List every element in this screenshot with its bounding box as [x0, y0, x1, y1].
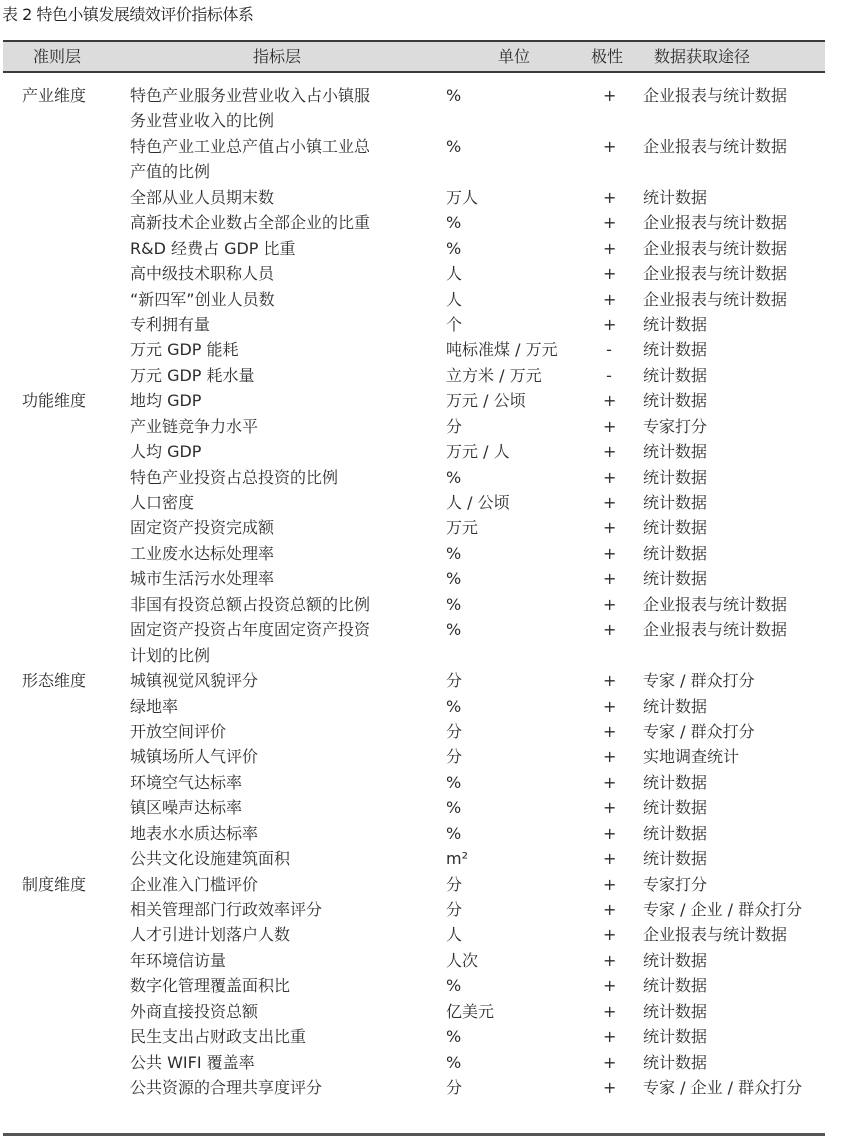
table-header: 准则层 指标层 单位 极性 数据获取途径	[3, 40, 825, 73]
unit-cell: 分	[446, 414, 462, 439]
polarity-cell: +	[603, 592, 615, 617]
table-row: 绿地率%+统计数据	[3, 694, 825, 719]
indicator-line: 城镇场所人气评价	[130, 744, 430, 769]
indicator-line: 地表水水质达标率	[130, 821, 430, 846]
indicator-line: 特色产业工业总产值占小镇工业总	[130, 134, 430, 159]
table-row: 专利拥有量个+统计数据	[3, 312, 825, 337]
polarity-cell: -	[603, 337, 615, 362]
polarity-cell: +	[603, 1050, 615, 1075]
indicator-line: 万元 GDP 耗水量	[130, 363, 430, 388]
source-cell: 统计数据	[643, 770, 707, 795]
indicator-line: 数字化管理覆盖面积比	[130, 973, 430, 998]
source-cell: 统计数据	[643, 541, 707, 566]
unit-cell: %	[446, 795, 461, 820]
indicator-cell: 数字化管理覆盖面积比	[130, 973, 430, 998]
indicator-line: 公共资源的合理共享度评分	[130, 1075, 430, 1100]
header-unit: 单位	[498, 46, 530, 68]
source-cell: 统计数据	[643, 846, 707, 871]
source-cell: 统计数据	[643, 694, 707, 719]
indicator-cell: 高新技术企业数占全部企业的比重	[130, 210, 430, 235]
indicator-line: 人口密度	[130, 490, 430, 515]
indicator-cell: 镇区噪声达标率	[130, 795, 430, 820]
indicator-cell: 人才引进计划落户人数	[130, 922, 430, 947]
table-row: 数字化管理覆盖面积比%+统计数据	[3, 973, 825, 998]
table-row: “新四军”创业人员数人+企业报表与统计数据	[3, 287, 825, 312]
unit-cell: 分	[446, 719, 462, 744]
indicator-cell: 城镇视觉风貌评分	[130, 668, 430, 693]
table-row: 万元 GDP 能耗吨标准煤 / 万元-统计数据	[3, 337, 825, 362]
source-cell: 统计数据	[643, 515, 707, 540]
indicator-line: “新四军”创业人员数	[130, 287, 430, 312]
source-cell: 统计数据	[643, 973, 707, 998]
unit-cell: %	[446, 210, 461, 235]
indicator-cell: 城镇场所人气评价	[130, 744, 430, 769]
indicator-cell: 人均 GDP	[130, 439, 430, 464]
polarity-cell: +	[603, 744, 615, 769]
criterion-cell: 制度维度	[22, 872, 86, 897]
unit-cell: 万元 / 公顷	[446, 388, 526, 413]
source-cell: 统计数据	[643, 388, 707, 413]
polarity-cell: +	[603, 973, 615, 998]
indicator-line: 固定资产投资完成额	[130, 515, 430, 540]
unit-cell: %	[446, 83, 461, 108]
table-row: 公共 WIFI 覆盖率%+统计数据	[3, 1050, 825, 1075]
unit-cell: 个	[446, 312, 462, 337]
unit-cell: 人	[446, 261, 462, 286]
polarity-cell: +	[603, 617, 615, 642]
header-source: 数据获取途径	[654, 46, 750, 68]
source-cell: 企业报表与统计数据	[643, 922, 787, 947]
polarity-cell: +	[603, 770, 615, 795]
indicator-cell: 城市生活污水处理率	[130, 566, 430, 591]
polarity-cell: +	[603, 541, 615, 566]
unit-cell: 分	[446, 744, 462, 769]
indicator-line: 特色产业服务业营业收入占小镇服	[130, 83, 430, 108]
indicator-cell: 工业废水达标处理率	[130, 541, 430, 566]
table-row: 高新技术企业数占全部企业的比重%+企业报表与统计数据	[3, 210, 825, 235]
polarity-cell: +	[603, 490, 615, 515]
indicator-cell: R&D 经费占 GDP 比重	[130, 236, 430, 261]
polarity-cell: +	[603, 388, 615, 413]
unit-cell: 立方米 / 万元	[446, 363, 542, 388]
table-row: 形态维度城镇视觉风貌评分分+专家 / 群众打分	[3, 668, 825, 693]
source-cell: 企业报表与统计数据	[643, 617, 787, 642]
unit-cell: 人	[446, 287, 462, 312]
polarity-cell: +	[603, 83, 615, 108]
source-cell: 专家打分	[643, 872, 707, 897]
unit-cell: %	[446, 134, 461, 159]
source-cell: 统计数据	[643, 821, 707, 846]
polarity-cell: +	[603, 999, 615, 1024]
unit-cell: 吨标准煤 / 万元	[446, 337, 558, 362]
indicator-line: R&D 经费占 GDP 比重	[130, 236, 430, 261]
indicator-line: 绿地率	[130, 694, 430, 719]
indicator-line: 公共 WIFI 覆盖率	[130, 1050, 430, 1075]
unit-cell: %	[446, 973, 461, 998]
unit-cell: 分	[446, 1075, 462, 1100]
polarity-cell: +	[603, 897, 615, 922]
table-row: 镇区噪声达标率%+统计数据	[3, 795, 825, 820]
indicator-line: 民生支出占财政支出比重	[130, 1024, 430, 1049]
indicator-line: 开放空间评价	[130, 719, 430, 744]
table-row: 产业链竞争力水平分+专家打分	[3, 414, 825, 439]
source-cell: 企业报表与统计数据	[643, 261, 787, 286]
indicator-line: 外商直接投资总额	[130, 999, 430, 1024]
polarity-cell: +	[603, 1075, 615, 1100]
unit-cell: %	[446, 1050, 461, 1075]
indicator-line: 产值的比例	[130, 159, 430, 184]
indicator-cell: 人口密度	[130, 490, 430, 515]
unit-cell: m²	[446, 846, 468, 871]
table-row: 固定资产投资占年度固定资产投资计划的比例%+企业报表与统计数据	[3, 617, 825, 668]
table-row: 外商直接投资总额亿美元+统计数据	[3, 999, 825, 1024]
indicator-line: 产业链竞争力水平	[130, 414, 430, 439]
unit-cell: %	[446, 821, 461, 846]
unit-cell: 亿美元	[446, 999, 494, 1024]
indicator-line: 工业废水达标处理率	[130, 541, 430, 566]
unit-cell: %	[446, 465, 461, 490]
unit-cell: %	[446, 592, 461, 617]
indicator-cell: 公共文化设施建筑面积	[130, 846, 430, 871]
unit-cell: %	[446, 566, 461, 591]
polarity-cell: +	[603, 185, 615, 210]
polarity-cell: +	[603, 210, 615, 235]
source-cell: 统计数据	[643, 337, 707, 362]
indicator-cell: 开放空间评价	[130, 719, 430, 744]
indicator-line: 公共文化设施建筑面积	[130, 846, 430, 871]
indicator-cell: 固定资产投资完成额	[130, 515, 430, 540]
table-row: 相关管理部门行政效率评分分+专家 / 企业 / 群众打分	[3, 897, 825, 922]
indicator-line: 人均 GDP	[130, 439, 430, 464]
indicator-cell: 相关管理部门行政效率评分	[130, 897, 430, 922]
indicator-line: 全部从业人员期末数	[130, 185, 430, 210]
polarity-cell: +	[603, 872, 615, 897]
table-row: R&D 经费占 GDP 比重%+企业报表与统计数据	[3, 236, 825, 261]
indicator-line: 固定资产投资占年度固定资产投资	[130, 617, 430, 642]
polarity-cell: +	[603, 287, 615, 312]
source-cell: 企业报表与统计数据	[643, 236, 787, 261]
table-row: 工业废水达标处理率%+统计数据	[3, 541, 825, 566]
unit-cell: 万元 / 人	[446, 439, 510, 464]
source-cell: 统计数据	[643, 999, 707, 1024]
unit-cell: 万人	[446, 185, 478, 210]
indicator-cell: 特色产业服务业营业收入占小镇服务业营业收入的比例	[130, 83, 430, 134]
table-row: 特色产业投资占总投资的比例%+统计数据	[3, 465, 825, 490]
source-cell: 统计数据	[643, 1024, 707, 1049]
indicator-cell: 高中级技术职称人员	[130, 261, 430, 286]
source-cell: 企业报表与统计数据	[643, 287, 787, 312]
unit-cell: 人次	[446, 948, 478, 973]
header-polarity: 极性	[591, 46, 623, 68]
indicator-cell: 环境空气达标率	[130, 770, 430, 795]
table-row: 功能维度地均 GDP万元 / 公顷+统计数据	[3, 388, 825, 413]
table-caption: 表 2 特色小镇发展绩效评价指标体系	[2, 4, 253, 26]
polarity-cell: +	[603, 694, 615, 719]
polarity-cell: +	[603, 668, 615, 693]
source-cell: 统计数据	[643, 439, 707, 464]
source-cell: 统计数据	[643, 490, 707, 515]
indicator-line: 计划的比例	[130, 643, 430, 668]
indicator-line: 相关管理部门行政效率评分	[130, 897, 430, 922]
indicator-cell: 全部从业人员期末数	[130, 185, 430, 210]
polarity-cell: +	[603, 134, 615, 159]
indicator-cell: 地均 GDP	[130, 388, 430, 413]
table-row: 城镇场所人气评价分+实地调查统计	[3, 744, 825, 769]
unit-cell: %	[446, 236, 461, 261]
source-cell: 企业报表与统计数据	[643, 83, 787, 108]
header-indicator: 指标层	[253, 46, 301, 68]
polarity-cell: +	[603, 439, 615, 464]
indicator-table: 准则层 指标层 单位 极性 数据获取途径 产业维度特色产业服务业营业收入占小镇服…	[3, 40, 825, 1101]
source-cell: 统计数据	[643, 465, 707, 490]
unit-cell: 分	[446, 897, 462, 922]
unit-cell: 万元	[446, 515, 478, 540]
indicator-line: 万元 GDP 能耗	[130, 337, 430, 362]
indicator-line: 非国有投资总额占投资总额的比例	[130, 592, 430, 617]
indicator-line: 企业准入门槛评价	[130, 872, 430, 897]
indicator-cell: 特色产业投资占总投资的比例	[130, 465, 430, 490]
unit-cell: 分	[446, 668, 462, 693]
criterion-cell: 形态维度	[22, 668, 86, 693]
unit-cell: 人	[446, 922, 462, 947]
polarity-cell: +	[603, 414, 615, 439]
indicator-cell: 产业链竞争力水平	[130, 414, 430, 439]
indicator-line: 年环境信访量	[130, 948, 430, 973]
source-cell: 专家打分	[643, 414, 707, 439]
table-row: 人口密度人 / 公顷+统计数据	[3, 490, 825, 515]
unit-cell: %	[446, 541, 461, 566]
polarity-cell: +	[603, 1024, 615, 1049]
table-row: 产业维度特色产业服务业营业收入占小镇服务业营业收入的比例%+企业报表与统计数据	[3, 83, 825, 134]
polarity-cell: +	[603, 465, 615, 490]
criterion-cell: 产业维度	[22, 83, 86, 108]
unit-cell: %	[446, 1024, 461, 1049]
header-criterion: 准则层	[33, 46, 81, 68]
polarity-cell: +	[603, 948, 615, 973]
indicator-cell: 年环境信访量	[130, 948, 430, 973]
polarity-cell: +	[603, 846, 615, 871]
table-row: 特色产业工业总产值占小镇工业总产值的比例%+企业报表与统计数据	[3, 134, 825, 185]
table-row: 公共资源的合理共享度评分分+专家 / 企业 / 群众打分	[3, 1075, 825, 1100]
indicator-cell: 公共 WIFI 覆盖率	[130, 1050, 430, 1075]
indicator-line: 高中级技术职称人员	[130, 261, 430, 286]
unit-cell: %	[446, 770, 461, 795]
source-cell: 专家 / 企业 / 群众打分	[643, 1075, 802, 1100]
indicator-line: 城市生活污水处理率	[130, 566, 430, 591]
table-row: 公共文化设施建筑面积m²+统计数据	[3, 846, 825, 871]
table-row: 人才引进计划落户人数人+企业报表与统计数据	[3, 922, 825, 947]
indicator-line: 务业营业收入的比例	[130, 108, 430, 133]
polarity-cell: +	[603, 821, 615, 846]
source-cell: 企业报表与统计数据	[643, 134, 787, 159]
table-row: 全部从业人员期末数万人+统计数据	[3, 185, 825, 210]
unit-cell: %	[446, 694, 461, 719]
indicator-line: 环境空气达标率	[130, 770, 430, 795]
source-cell: 专家 / 群众打分	[643, 719, 755, 744]
source-cell: 统计数据	[643, 566, 707, 591]
table-bottom-rule	[3, 1133, 825, 1136]
source-cell: 统计数据	[643, 363, 707, 388]
indicator-cell: 地表水水质达标率	[130, 821, 430, 846]
indicator-cell: 特色产业工业总产值占小镇工业总产值的比例	[130, 134, 430, 185]
table-row: 万元 GDP 耗水量立方米 / 万元-统计数据	[3, 363, 825, 388]
polarity-cell: +	[603, 261, 615, 286]
source-cell: 统计数据	[643, 312, 707, 337]
indicator-cell: 外商直接投资总额	[130, 999, 430, 1024]
source-cell: 统计数据	[643, 948, 707, 973]
indicator-cell: 万元 GDP 耗水量	[130, 363, 430, 388]
indicator-line: 城镇视觉风貌评分	[130, 668, 430, 693]
table-row: 固定资产投资完成额万元+统计数据	[3, 515, 825, 540]
indicator-cell: 固定资产投资占年度固定资产投资计划的比例	[130, 617, 430, 668]
table-row: 环境空气达标率%+统计数据	[3, 770, 825, 795]
table-row: 年环境信访量人次+统计数据	[3, 948, 825, 973]
indicator-cell: 民生支出占财政支出比重	[130, 1024, 430, 1049]
polarity-cell: +	[603, 515, 615, 540]
table-body: 产业维度特色产业服务业营业收入占小镇服务业营业收入的比例%+企业报表与统计数据特…	[3, 73, 825, 1101]
indicator-cell: 企业准入门槛评价	[130, 872, 430, 897]
source-cell: 专家 / 群众打分	[643, 668, 755, 693]
source-cell: 企业报表与统计数据	[643, 592, 787, 617]
table-row: 非国有投资总额占投资总额的比例%+企业报表与统计数据	[3, 592, 825, 617]
table-row: 高中级技术职称人员人+企业报表与统计数据	[3, 261, 825, 286]
polarity-cell: +	[603, 236, 615, 261]
table-row: 民生支出占财政支出比重%+统计数据	[3, 1024, 825, 1049]
polarity-cell: +	[603, 312, 615, 337]
polarity-cell: +	[603, 566, 615, 591]
source-cell: 统计数据	[643, 795, 707, 820]
source-cell: 企业报表与统计数据	[643, 210, 787, 235]
source-cell: 统计数据	[643, 1050, 707, 1075]
unit-cell: 人 / 公顷	[446, 490, 510, 515]
polarity-cell: +	[603, 719, 615, 744]
indicator-cell: 非国有投资总额占投资总额的比例	[130, 592, 430, 617]
indicator-line: 专利拥有量	[130, 312, 430, 337]
table-row: 制度维度企业准入门槛评价分+专家打分	[3, 872, 825, 897]
polarity-cell: -	[603, 363, 615, 388]
table-row: 地表水水质达标率%+统计数据	[3, 821, 825, 846]
indicator-cell: 公共资源的合理共享度评分	[130, 1075, 430, 1100]
indicator-cell: 专利拥有量	[130, 312, 430, 337]
polarity-cell: +	[603, 922, 615, 947]
table-row: 城市生活污水处理率%+统计数据	[3, 566, 825, 591]
indicator-cell: 万元 GDP 能耗	[130, 337, 430, 362]
source-cell: 专家 / 企业 / 群众打分	[643, 897, 802, 922]
polarity-cell: +	[603, 795, 615, 820]
indicator-line: 地均 GDP	[130, 388, 430, 413]
indicator-cell: 绿地率	[130, 694, 430, 719]
unit-cell: %	[446, 617, 461, 642]
criterion-cell: 功能维度	[22, 388, 86, 413]
unit-cell: 分	[446, 872, 462, 897]
indicator-cell: “新四军”创业人员数	[130, 287, 430, 312]
indicator-line: 镇区噪声达标率	[130, 795, 430, 820]
source-cell: 实地调查统计	[643, 744, 739, 769]
table-row: 人均 GDP万元 / 人+统计数据	[3, 439, 825, 464]
indicator-line: 特色产业投资占总投资的比例	[130, 465, 430, 490]
source-cell: 统计数据	[643, 185, 707, 210]
indicator-line: 高新技术企业数占全部企业的比重	[130, 210, 430, 235]
table-row: 开放空间评价分+专家 / 群众打分	[3, 719, 825, 744]
indicator-line: 人才引进计划落户人数	[130, 922, 430, 947]
